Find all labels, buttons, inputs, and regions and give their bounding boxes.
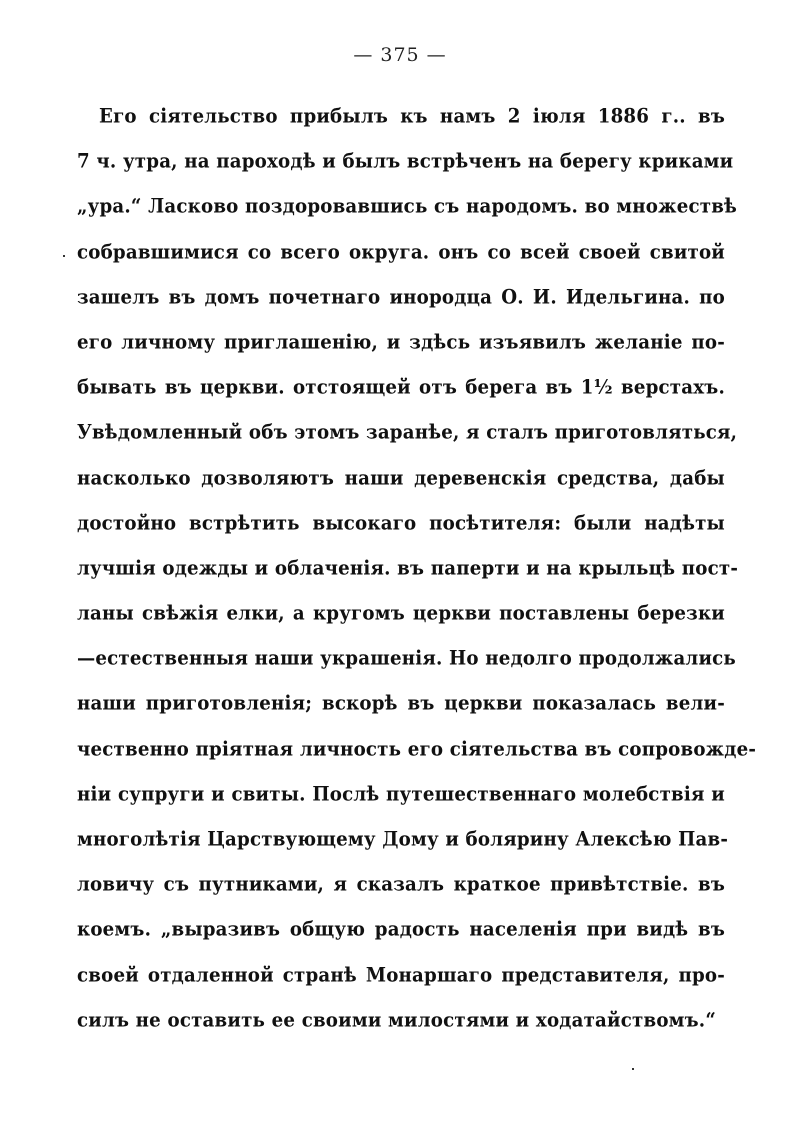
text-line: многолѣтія Царствующему Дому и болярину …: [77, 816, 725, 864]
text-line: чественно пріятная личность его сіятельс…: [77, 725, 725, 773]
text-line: его личному приглашенію, и здѣсь изъявил…: [77, 319, 725, 367]
text-line: „ура.“ Ласково поздоровавшись съ народом…: [77, 183, 725, 231]
text-line: наши приготовленія; вскорѣ въ церкви пок…: [77, 680, 725, 728]
text-line: коемъ. „выразивъ общую радость населенія…: [77, 906, 725, 954]
page-number: — 375 —: [0, 44, 800, 66]
text-line: лучшія одежды и облаченія. въ паперти и …: [77, 545, 725, 593]
text-line: насколько дозволяютъ наши деревенскія ср…: [77, 454, 725, 502]
text-line: зашелъ въ домъ почетнаго инородца О. И. …: [77, 273, 725, 321]
text-line: бывать въ церкви. отстоящей отъ берега в…: [77, 364, 725, 412]
scan-speck: [63, 255, 65, 257]
text-line: достойно встрѣтить высокаго посѣтителя: …: [77, 499, 725, 547]
text-line: ловичу съ путниками, я сказалъ краткое п…: [77, 861, 725, 909]
body-text: Его сіятельство прибылъ къ намъ 2 іюля 1…: [77, 94, 725, 1043]
text-line: —естественныя наши украшенія. Но недолго…: [77, 635, 725, 683]
text-line: 7 ч. утра, на пароходѣ и былъ встрѣченъ …: [77, 138, 725, 186]
text-line: Увѣдомленный объ этомъ заранѣе, я сталъ …: [77, 409, 725, 457]
text-line: силъ не оставить ее своими милостями и х…: [77, 996, 725, 1044]
text-line: ланы свѣжія елки, а кругомъ церкви поста…: [77, 590, 725, 638]
scan-speck: [632, 1068, 634, 1070]
text-line: ніи супруги и свиты. Послѣ путешественна…: [77, 770, 725, 818]
text-line: своей отдаленной странѣ Монаршаго предст…: [77, 951, 725, 999]
text-line: Его сіятельство прибылъ къ намъ 2 іюля 1…: [77, 93, 725, 141]
text-line: собравшимися со всего округа. онъ со все…: [77, 228, 725, 276]
